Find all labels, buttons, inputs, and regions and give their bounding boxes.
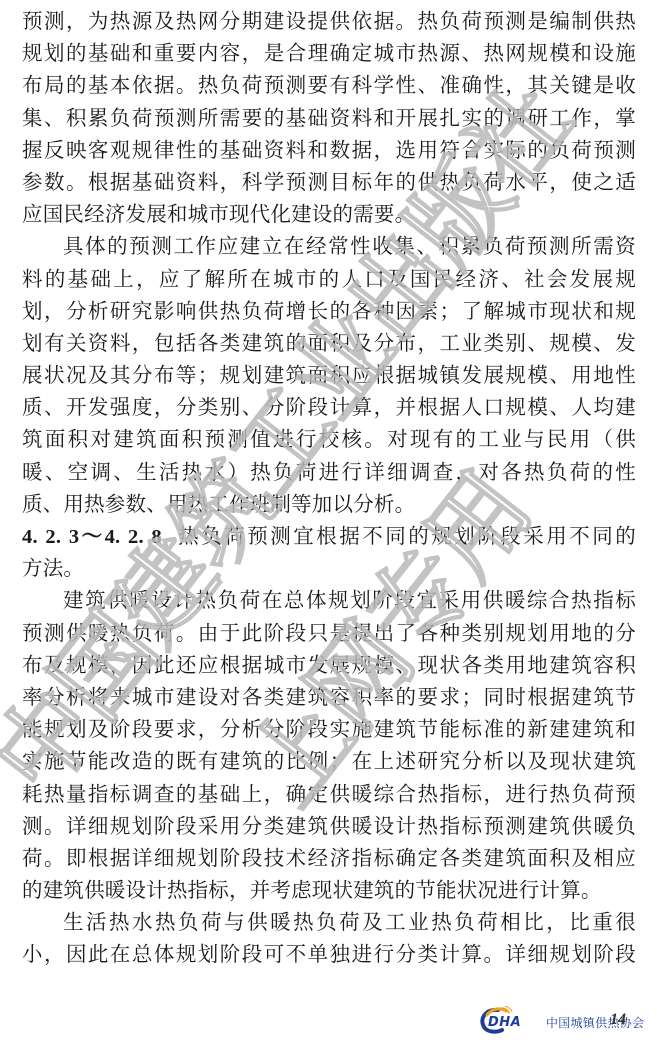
- text-line: 预测，为热源及热网分期建设提供依据。热负荷预测是编制供热: [22, 5, 636, 37]
- text-line: 应国民经济发展和城市现代化建设的需要。: [22, 198, 636, 230]
- text-line: 预测供暖热负荷。由于此阶段只是提出了各种类别规划用地的分: [22, 617, 636, 649]
- text-line: 的建筑供暖设计热指标，并考虑现状建筑的节能状况进行计算。: [22, 874, 636, 906]
- text-line: 小，因此在总体规划阶段可不单独进行分类计算。详细规划阶段: [22, 938, 636, 970]
- clause-text: 热负荷预测宜根据不同的规划阶段采用不同的: [176, 524, 636, 548]
- text-line: 展状况及其分布等；规划建筑面积应根据城镇发展规模、用地性: [22, 359, 636, 391]
- document-page: 预测，为热源及热网分期建设提供依据。热负荷预测是编制供热 规划的基础和重要内容，…: [0, 0, 657, 1047]
- text-line: 建筑供暖设计热负荷在总体规划阶段宜采用供暖综合热指标: [22, 584, 636, 616]
- text-line: 质、用热参数、用热工作班制等加以分析。: [22, 488, 636, 520]
- logo-organization-name: 中国城镇供热协会: [546, 1014, 644, 1031]
- text-line: 方法。: [22, 552, 636, 584]
- text-line: 暖、空调、生活热水）热负荷进行详细调查，对各热负荷的性: [22, 456, 636, 488]
- text-line: 参数。根据基础资料，科学预测目标年的供热负荷水平，使之适: [22, 166, 636, 198]
- text-line: 耗热量指标调查的基础上，确定供暖综合热指标，进行热负荷预: [22, 778, 636, 810]
- page-number: 14: [610, 1011, 626, 1029]
- body-text: 预测，为热源及热网分期建设提供依据。热负荷预测是编制供热 规划的基础和重要内容，…: [22, 5, 636, 971]
- text-line: 具体的预测工作应建立在经常性收集、积累负荷预测所需资: [22, 230, 636, 262]
- text-line: 布局的基本依据。热负荷预测要有科学性、准确性，其关键是收: [22, 69, 636, 101]
- text-line: 料的基础上，应了解所在城市的人口及国民经济、社会发展规: [22, 263, 636, 295]
- logo-mark: DHA: [478, 1006, 542, 1032]
- text-line: 划，分析研究影响供热负荷增长的各种因素；了解城市现状和规: [22, 295, 636, 327]
- text-line: 能规划及阶段要求，分析分阶段实施建筑节能标准的新建建筑和: [22, 713, 636, 745]
- text-line: 握反映客观规律性的基础资料和数据，选用符合实际的负荷预测: [22, 134, 636, 166]
- text-line: 测。详细规划阶段采用分类建筑供暖设计热指标预测建筑供暖负: [22, 810, 636, 842]
- clause-number: 4. 2. 3～4. 2. 8: [22, 526, 162, 548]
- text-line: 荷。即根据详细规划阶段技术经济指标确定各类建筑面积及相应: [22, 842, 636, 874]
- logo-letters: DHA: [488, 1015, 521, 1030]
- text-line: 布及规模，因此还应根据城市发展规模、现状各类用地建筑容积: [22, 649, 636, 681]
- text-line: 规划的基础和重要内容，是合理确定城市热源、热网规模和设施: [22, 37, 636, 69]
- text-line: 率分析将来城市建设对各类建筑容积率的要求；同时根据建筑节: [22, 681, 636, 713]
- text-line: 划有关资料，包括各类建筑的面积及分布，工业类别、规模、发: [22, 327, 636, 359]
- text-line: 实施节能改造的既有建筑的比例；在上述研究分析以及现状建筑: [22, 745, 636, 777]
- text-line: 筑面积对建筑面积预测值进行校核。对现有的工业与民用（供: [22, 423, 636, 455]
- text-line: 集、积累负荷预测所需要的基础资料和开展扎实的调研工作，掌: [22, 102, 636, 134]
- clause-heading-line: 4. 2. 3～4. 2. 8热负荷预测宜根据不同的规划阶段采用不同的: [22, 520, 636, 552]
- text-line: 生活热水热负荷与供暖热负荷及工业热负荷相比，比重很: [22, 906, 636, 938]
- text-line: 质、开发强度，分类别、分阶段计算，并根据人口规模、人均建: [22, 391, 636, 423]
